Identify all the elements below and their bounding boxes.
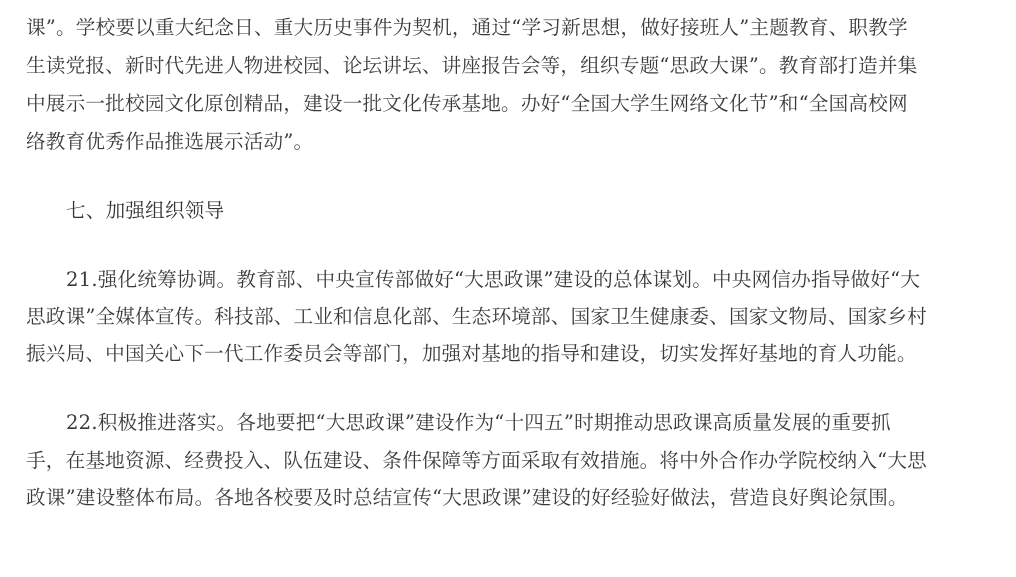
text-line: 振兴局、中国关心下一代工作委员会等部门，加强对基地的指导和建设，切实发挥好基地的…	[26, 339, 917, 369]
text-line: 思政课”全媒体宣传。科技部、工业和信息化部、生态环境部、国家卫生健康委、国家文物…	[26, 302, 927, 332]
text-line: 21.强化统筹协调。教育部、中央宣传部做好“大思政课”建设的总体谋划。中央网信办…	[66, 265, 920, 295]
text-line: 22.积极推进落实。各地要把“大思政课”建设作为“十四五”时期推动思政课高质量发…	[66, 408, 891, 438]
text-line: 政课”建设整体布局。各地各校要及时总结宣传“大思政课”建设的好经验好做法，营造良…	[26, 483, 908, 513]
text-line: 络教育优秀作品推选展示活动”。	[26, 127, 313, 157]
text-line: 课”。学校要以重大纪念日、重大历史事件为契机，通过“学习新思想，做好接班人”主题…	[26, 13, 908, 43]
section-heading: 七、加强组织领导	[66, 196, 224, 226]
text-line: 生读党报、新时代先进人物进校园、论坛讲坛、讲座报告会等，组织专题“思政大课”。教…	[26, 51, 917, 81]
text-line: 中展示一批校园文化原创精品，建设一批文化传承基地。办好“全国大学生网络文化节”和…	[26, 89, 908, 119]
text-line: 手，在基地资源、经费投入、队伍建设、条件保障等方面采取有效措施。将中外合作办学院…	[26, 446, 927, 476]
